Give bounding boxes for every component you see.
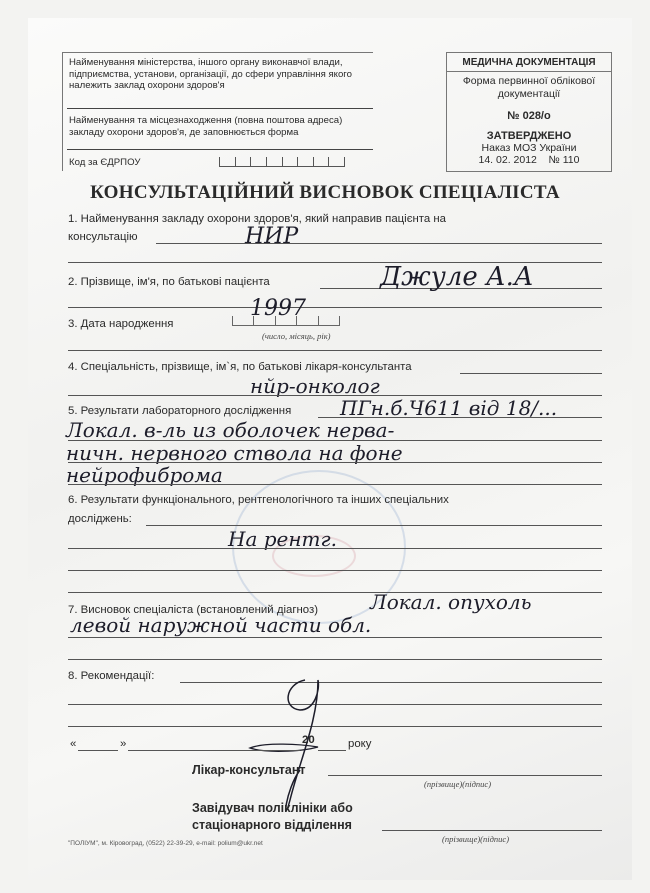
consultant-signature-line[interactable]: [328, 775, 602, 776]
head-label-1: Завідувач поліклініки або: [192, 801, 353, 815]
month-line[interactable]: [128, 750, 300, 751]
head-hint: (прізвище)(підпис): [442, 834, 509, 844]
year-prefix: 20: [302, 734, 315, 746]
date-close-quote: »: [120, 738, 126, 750]
year-line[interactable]: [318, 750, 346, 751]
year-suffix: року: [348, 738, 371, 750]
printer-footer: "ПОЛІУМ", м. Кіровоград, (0522) 22-39-29…: [68, 840, 263, 847]
head-label-2: стаціонарного відділення: [192, 818, 352, 832]
consultant-hint: (прізвище)(підпис): [424, 779, 491, 789]
head-signature-line[interactable]: [382, 830, 602, 831]
date-open-quote: «: [70, 738, 76, 750]
consultant-label: Лікар-консультант: [192, 763, 306, 777]
day-line[interactable]: [78, 750, 118, 751]
signature-scribble: [0, 0, 650, 893]
